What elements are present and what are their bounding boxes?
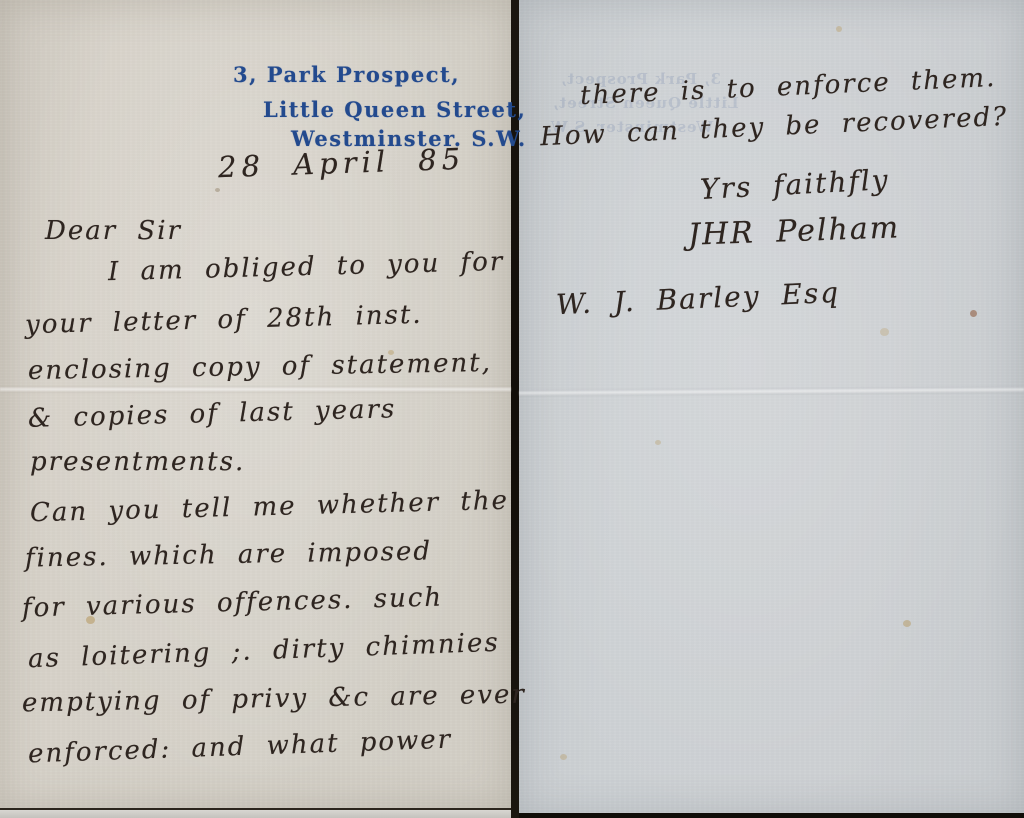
- signature: JHR Pelham: [687, 210, 900, 252]
- letterhead-line2: Little Queen Street,: [263, 97, 526, 122]
- page-bottom-edge: [519, 813, 1024, 818]
- letter-scan: 3, Park Prospect, Little Queen Street, W…: [0, 0, 1024, 818]
- page-bottom-edge: [0, 808, 511, 818]
- body-line: presentments.: [30, 447, 245, 477]
- salutation: Dear Sir: [45, 216, 182, 246]
- letterhead-line1: 3, Park Prospect,: [233, 62, 460, 87]
